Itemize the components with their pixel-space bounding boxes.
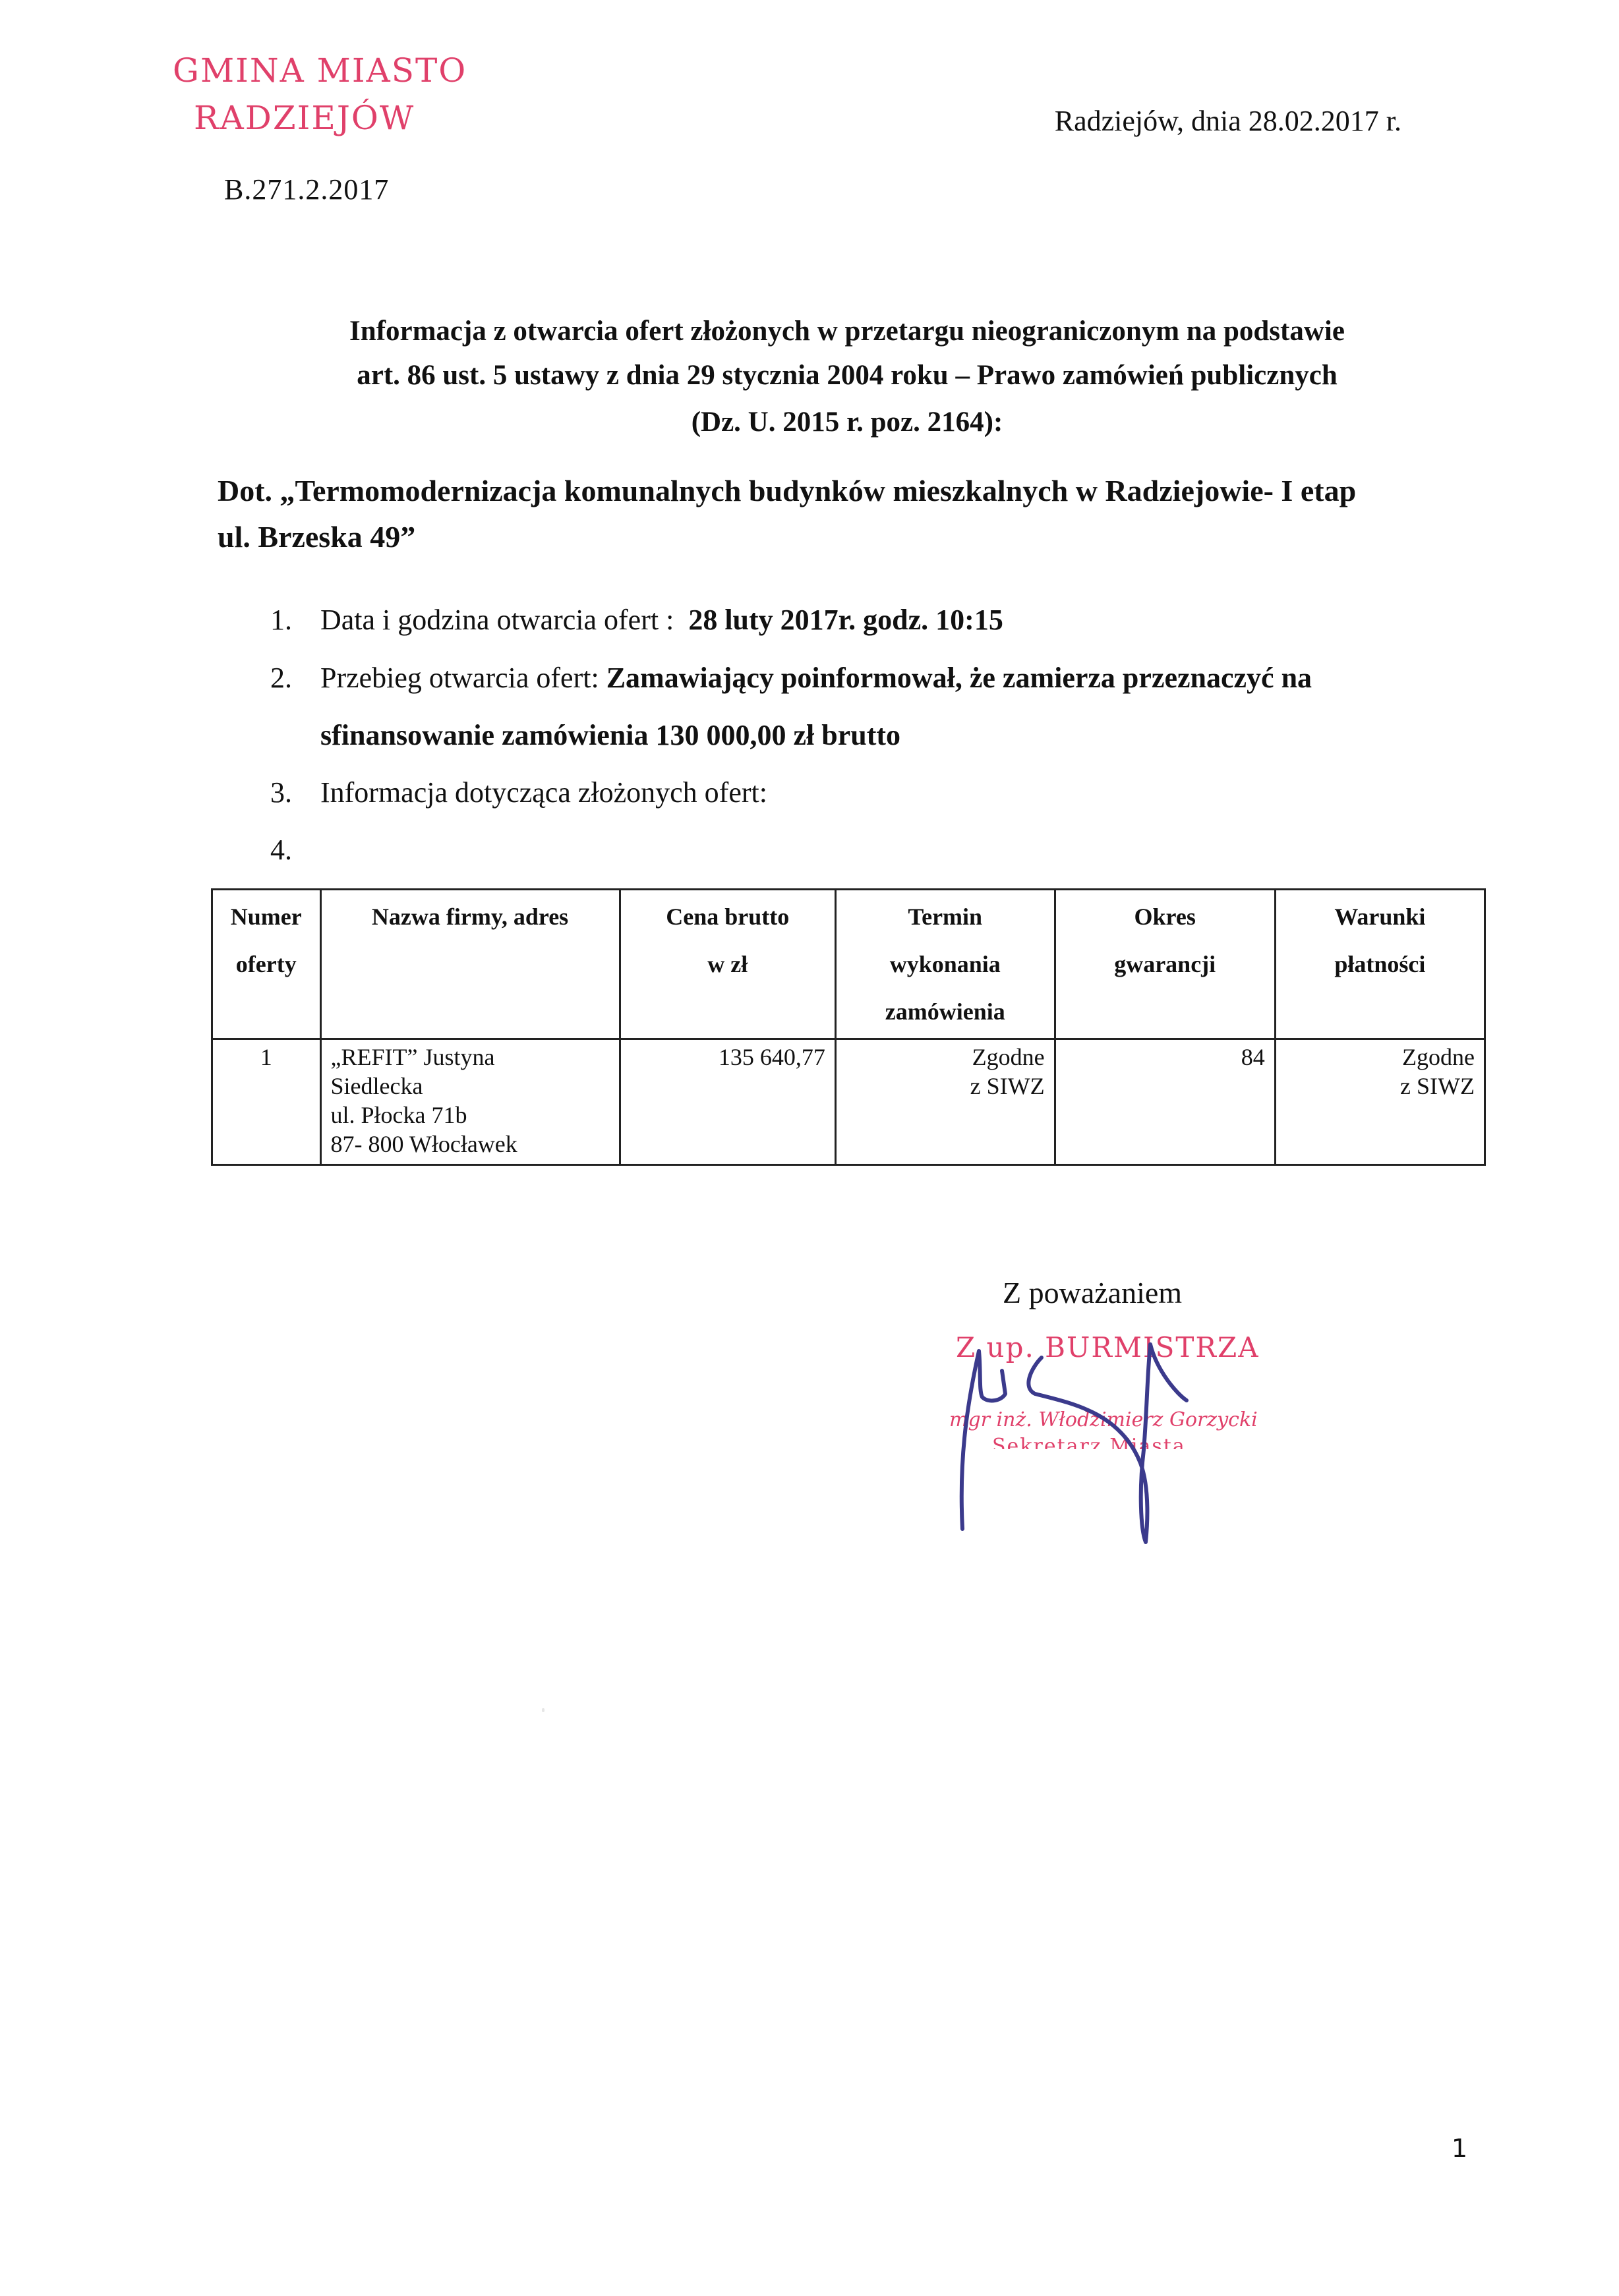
list-item-label: Informacja dotycząca złożonych ofert:	[320, 776, 767, 809]
document-title-line1: Informacja z otwarcia ofert złożonych w …	[0, 315, 1619, 347]
scan-speck	[542, 1708, 545, 1712]
cell-payment-terms: Zgodne z SIWZ	[1275, 1039, 1485, 1165]
handwritten-signature	[923, 1331, 1266, 1549]
list-item-number: 4.	[270, 833, 292, 867]
list-item-number: 2.	[270, 661, 292, 695]
header-payment-terms: Warunkipłatności	[1275, 890, 1485, 1039]
reference-number: B.271.2.2017	[224, 173, 389, 206]
place-and-date: Radziejów, dnia 28.02.2017 r.	[1055, 104, 1401, 138]
cell-completion-term: Zgodne z SIWZ	[835, 1039, 1055, 1165]
document-title-line2: art. 86 ust. 5 ustawy z dnia 29 stycznia…	[0, 359, 1619, 391]
municipality-stamp-line2: RADZIEJÓW	[194, 99, 415, 137]
header-completion-term: Terminwykonaniazamówienia	[835, 890, 1055, 1039]
municipality-stamp-line1: GMINA MIASTO	[173, 51, 467, 90]
cell-offer-number: 1	[212, 1039, 321, 1165]
header-warranty-period: Okresgwarancji	[1055, 890, 1275, 1039]
table-header-row: Numeroferty Nazwa firmy, adres Cena brut…	[212, 890, 1485, 1039]
subject-line2: ul. Brzeska 49”	[218, 519, 415, 554]
cell-company: „REFIT” Justyna Siedlecka ul. Płocka 71b…	[320, 1039, 620, 1165]
header-gross-price: Cena bruttow zł	[620, 890, 835, 1039]
table-row: 1 „REFIT” Justyna Siedlecka ul. Płocka 7…	[212, 1039, 1485, 1165]
list-item-number: 3.	[270, 776, 292, 809]
list-item: Data i godzina otwarcia ofert : 28 luty …	[320, 603, 1003, 637]
cell-price: 135 640,77	[620, 1039, 835, 1165]
list-item-value: 28 luty 2017r. godz. 10:15	[688, 604, 1003, 636]
offers-table: Numeroferty Nazwa firmy, adres Cena brut…	[211, 888, 1486, 1166]
list-item-continuation: sfinansowanie zamówienia 130 000,00 zł b…	[320, 718, 900, 752]
list-item: Przebieg otwarcia ofert: Zamawiający poi…	[320, 661, 1312, 695]
list-item-value: Zamawiający poinformował, że zamierza pr…	[606, 662, 1312, 694]
subject-line1: Dot. „Termomodernizacja komunalnych budy…	[218, 473, 1356, 508]
cell-warranty: 84	[1055, 1039, 1275, 1165]
header-company-address: Nazwa firmy, adres	[320, 890, 620, 1039]
list-item-label: Data i godzina otwarcia ofert :	[320, 604, 674, 636]
document-title-line3: (Dz. U. 2015 r. poz. 2164):	[0, 406, 1619, 438]
header-offer-number: Numeroferty	[212, 890, 321, 1039]
list-item-number: 1.	[270, 603, 292, 637]
page-number: 1	[1452, 2134, 1467, 2163]
list-item-label: Przebieg otwarcia ofert:	[320, 662, 599, 694]
closing-regards: Z poważaniem	[1003, 1275, 1182, 1310]
